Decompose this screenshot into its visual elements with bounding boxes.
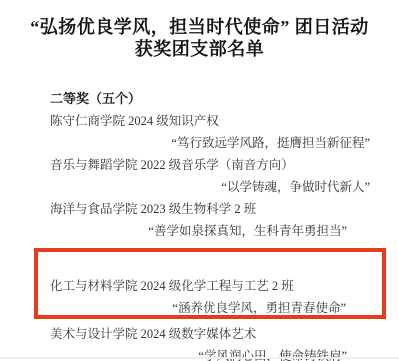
entry-slogan: “学风润心田，使命铸铁肩”: [0, 349, 347, 361]
red-highlight-annotation-box: 化工与材料学院 2024 级化学工程与工艺 2 班 “涵养优良学风，勇担青春使命…: [34, 248, 386, 319]
entry-slogan: “涵养优良学风，勇担青春使命”: [38, 301, 346, 315]
award-entry: 海洋与食品学院 2023 级生物科学 2 班 “善学如泉探真知，生科青年勇担当”: [0, 202, 399, 238]
award-entry: 音乐与舞蹈学院 2022 级音乐学（南音方向） “以学铸魂，争做时代新人”: [0, 158, 399, 194]
title-line-2: 获奖团支部名单: [6, 38, 393, 60]
entry-name: 音乐与舞蹈学院 2022 级音乐学（南音方向）: [50, 158, 399, 172]
entry-name: 美术与设计学院 2024 级数字媒体艺术: [50, 327, 399, 341]
entry-name: 化工与材料学院 2024 级化学工程与工艺 2 班: [50, 279, 382, 293]
entry-name: 陈守仁商学院 2024 级知识产权: [50, 114, 399, 128]
entry-name: 海洋与食品学院 2023 级生物科学 2 班: [50, 202, 399, 216]
entry-slogan: “笃行致远学风路，挺膺担当新征程”: [0, 136, 370, 150]
bottom-divider-line: [0, 357, 399, 359]
entry-slogan: “以学铸魂，争做时代新人”: [0, 180, 370, 194]
entry-slogan: “善学如泉探真知，生科青年勇担当”: [0, 224, 347, 238]
award-entry-highlighted: 化工与材料学院 2024 级化学工程与工艺 2 班 “涵养优良学风，勇担青春使命…: [38, 279, 382, 315]
award-list-document: “弘扬优良学风，担当时代使命” 团日活动 获奖团支部名单 二等奖（五个） 陈守仁…: [0, 0, 399, 361]
award-entry: 陈守仁商学院 2024 级知识产权 “笃行致远学风路，挺膺担当新征程”: [0, 114, 399, 150]
title-line-1: “弘扬优良学风，担当时代使命” 团日活动: [6, 16, 393, 38]
award-entry: 美术与设计学院 2024 级数字媒体艺术 “学风润心田，使命铸铁肩”: [0, 327, 399, 361]
section-header-second-prize: 二等奖（五个）: [50, 92, 399, 106]
document-title: “弘扬优良学风，担当时代使命” 团日活动 获奖团支部名单: [6, 16, 393, 60]
